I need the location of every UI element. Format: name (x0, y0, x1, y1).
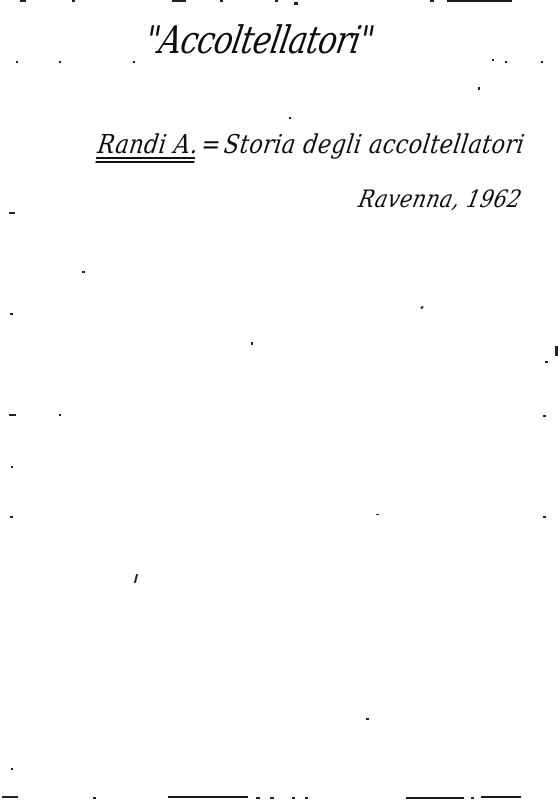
scan-speck (220, 0, 223, 2)
scan-speck (10, 313, 13, 315)
scan-speck (10, 516, 13, 518)
citation-separator: = (200, 130, 223, 160)
scan-edge-line (168, 796, 248, 798)
scan-speck (2, 796, 18, 798)
bibliographic-citation: Randi A.=Storia degli accoltellatori (96, 130, 527, 160)
scan-speck (59, 414, 61, 416)
scan-speck (543, 516, 546, 518)
scan-speck (82, 271, 85, 273)
publication-year: 1962 (464, 185, 524, 213)
scan-speck (133, 61, 135, 63)
scanned-card-page: "Accoltellatori" Randi A.=Storia degli a… (0, 0, 558, 800)
scan-speck (270, 797, 274, 799)
scan-speck (172, 0, 186, 2)
scan-speck (16, 61, 18, 63)
citation-author: Randi A. (96, 130, 201, 160)
scan-edge-line (406, 797, 464, 799)
scan-speck (9, 414, 16, 416)
scan-speck (251, 342, 253, 345)
scan-speck (478, 87, 480, 90)
scan-edge-line (447, 0, 512, 2)
scan-speck (543, 415, 546, 417)
publication-info: Ravenna, 1962 (356, 185, 524, 213)
scan-speck (471, 797, 474, 799)
scan-speck (420, 306, 424, 310)
card-title: "Accoltellatori" (142, 18, 377, 62)
publication-place: Ravenna, (356, 185, 463, 213)
scan-speck (492, 59, 494, 61)
scan-speck (289, 117, 291, 119)
scan-speck (93, 797, 96, 799)
scan-speck (305, 797, 308, 799)
scan-speck (376, 514, 379, 515)
scan-speck (294, 2, 298, 5)
scan-speck (11, 466, 13, 468)
scan-speck (366, 718, 369, 720)
scan-speck (11, 768, 13, 770)
scan-speck (20, 0, 26, 2)
scan-edge-line (481, 796, 521, 798)
scan-speck (72, 0, 75, 2)
scan-speck (292, 797, 295, 799)
scan-speck (275, 0, 278, 2)
scan-speck (545, 361, 548, 363)
scan-speck (256, 797, 260, 799)
scan-speck (59, 61, 61, 63)
scan-speck (9, 212, 15, 214)
scan-speck (505, 61, 507, 63)
citation-work-title: Storia degli accoltellatori (222, 130, 526, 160)
scan-speck (541, 61, 543, 63)
scan-speck (134, 574, 138, 583)
scan-speck (430, 0, 434, 2)
